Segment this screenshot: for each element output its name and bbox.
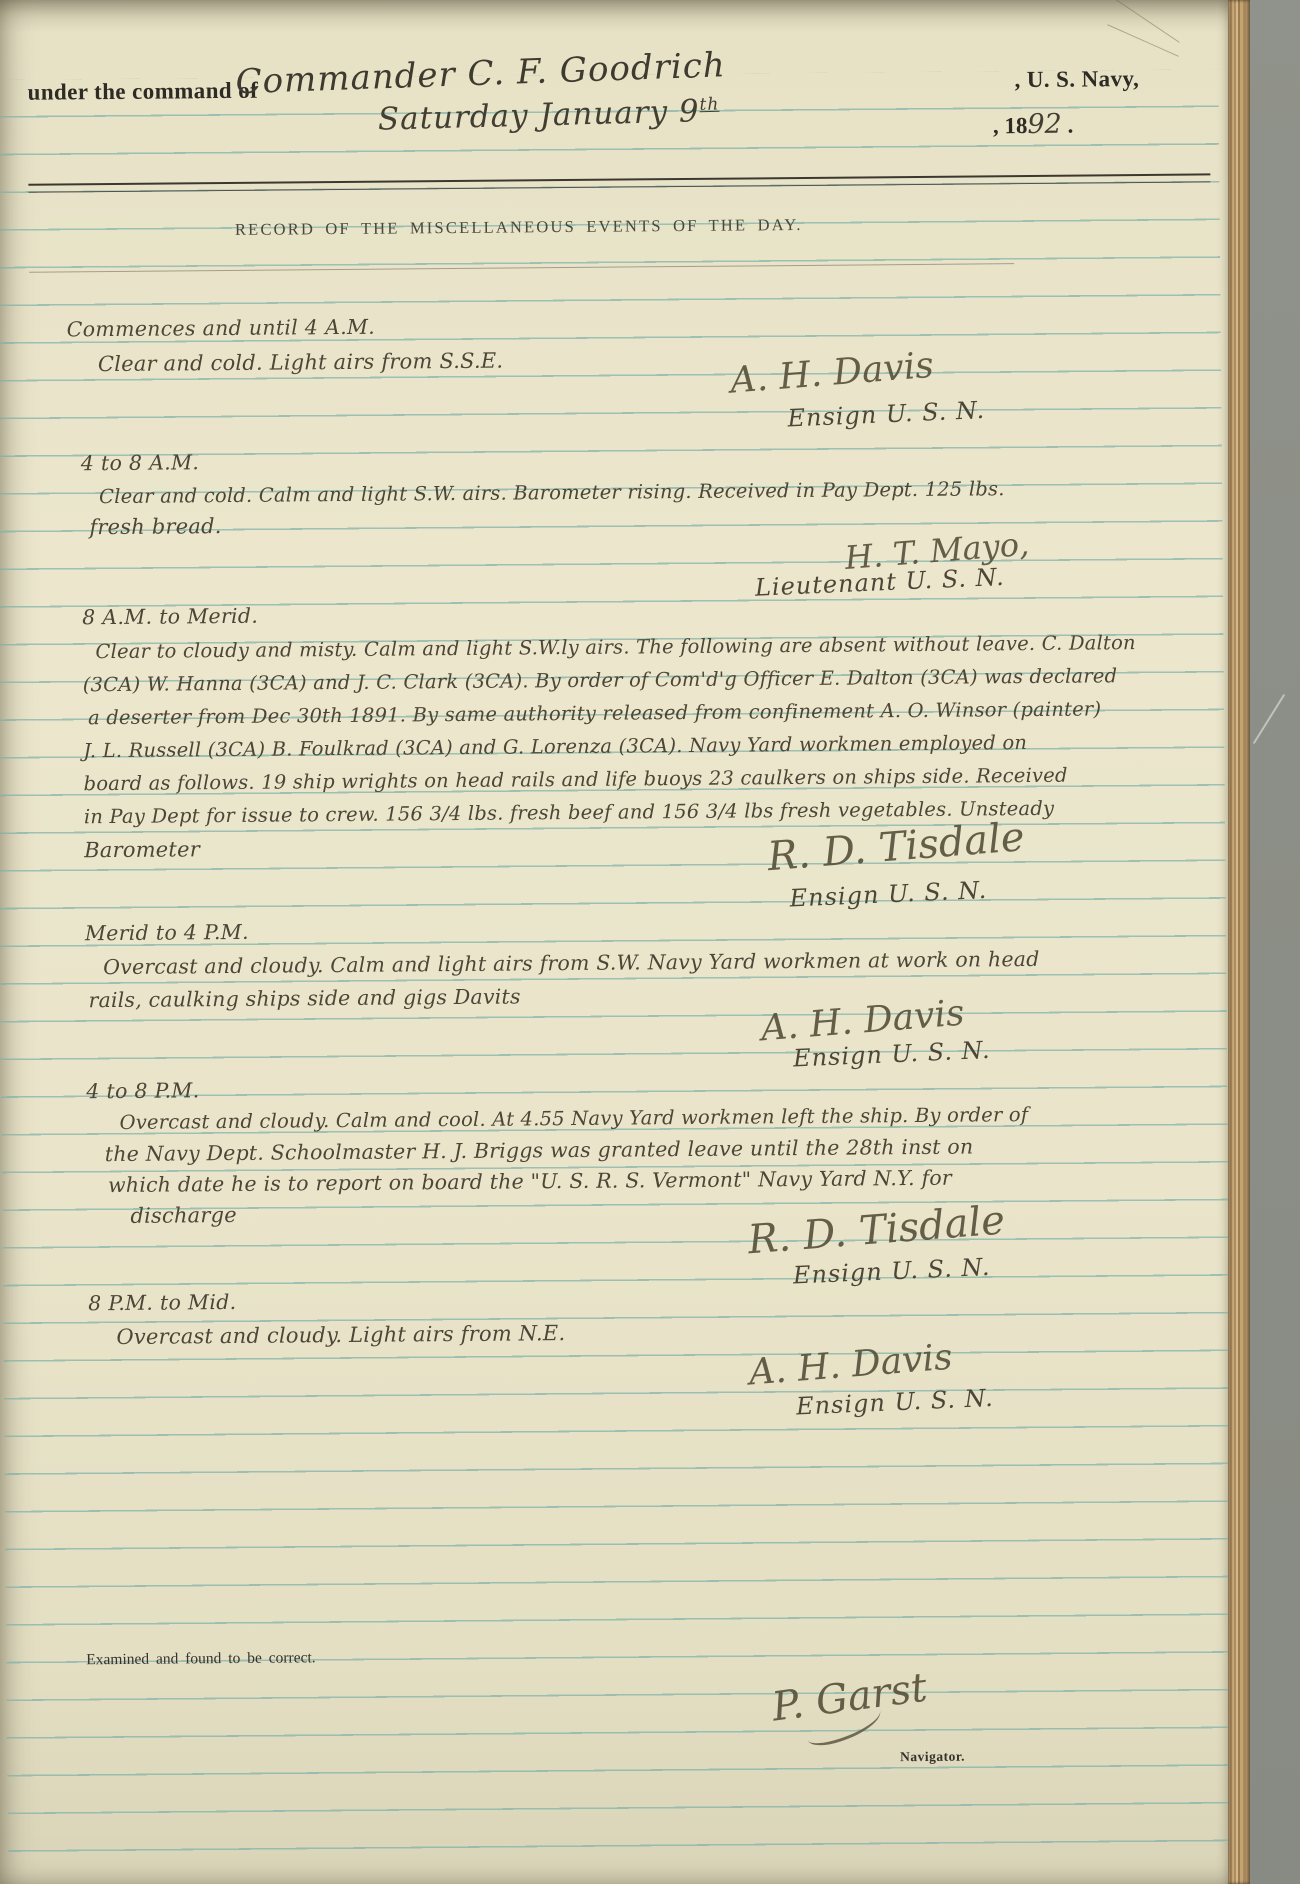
page-content: under the command of Commander C. F. Goo… [0,0,1236,1884]
entry-period: Merid to 4 P.M. [85,920,249,945]
entry-text-line: Clear and cold. Light airs from S.S.E. [98,349,503,377]
entry-text-line: rails, caulking ships side and gigs Davi… [88,984,520,1012]
book-page-edges [1228,0,1250,1884]
examined-statement: Examined and found to be correct. [86,1649,315,1669]
year-printed-prefix: , 18 [993,113,1028,138]
year-line: , 1892 . [993,109,1074,141]
entry-text-line: fresh bread. [89,514,221,539]
entry-period: Commences and until 4 A.M. [67,315,376,342]
navigator-label: Navigator. [900,1749,965,1766]
date-ordinal-suffix: th [699,94,719,115]
year-handwritten: 92 [1027,109,1062,140]
entry-period: 4 to 8 A.M. [81,450,200,475]
photo-background: under the command of Commander C. F. Goo… [0,0,1300,1884]
logbook-page: under the command of Commander C. F. Goo… [0,0,1228,1884]
entry-period: 4 to 8 P.M. [86,1078,199,1103]
table-background [1250,0,1300,1884]
command-prefix-label: under the command of [27,78,258,106]
entry-text-line: Barometer [84,837,200,862]
entry-text-line: Overcast and cloudy. Light airs from N.E… [116,1321,565,1349]
entry-period: 8 A.M. to Merid. [82,604,258,630]
entry-text-line: discharge [130,1203,237,1228]
navy-label: , U. S. Navy, [1014,66,1139,93]
entry-period: 8 P.M. to Mid. [88,1290,236,1315]
year-period: . [1062,113,1074,138]
